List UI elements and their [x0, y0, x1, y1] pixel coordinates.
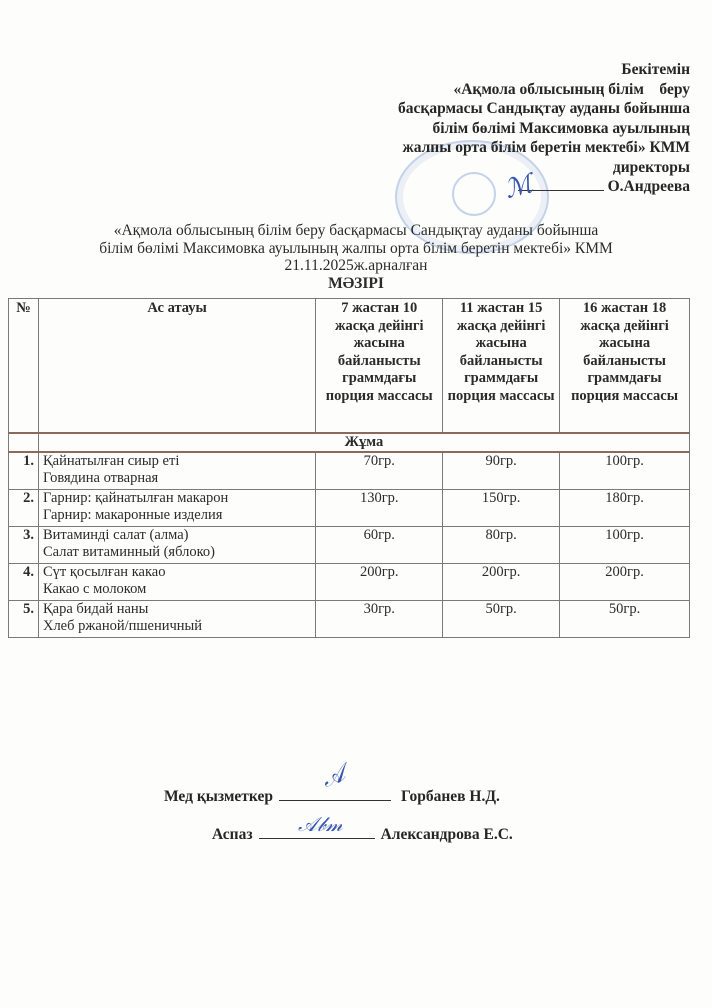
dish-name-ru: Салат витаминный (яблоко)	[43, 544, 311, 562]
approval-line: жалпы орта білім беретін мектебі» КММ	[330, 138, 690, 158]
approval-line: басқармасы Сандықтау ауданы бойынша	[330, 99, 690, 119]
signature-line	[259, 824, 375, 839]
med-name: Горбанев Н.Д.	[401, 788, 500, 805]
row-number: 4.	[9, 563, 39, 600]
date-line: 21.11.2025ж.арналған	[0, 257, 712, 275]
cook-signature-line: АспазАлександрова Е.С.	[212, 824, 513, 844]
approval-line: директоры	[330, 158, 690, 178]
dish-name: Гарнир: қайнатылған макаронГарнир: макар…	[38, 489, 315, 526]
header-name: Ас атауы	[38, 299, 315, 433]
row-number: 3.	[9, 526, 39, 563]
document-title: «Ақмола облысының білім беру басқармасы …	[0, 222, 712, 292]
portion-7-10: 130гр.	[316, 489, 443, 526]
dish-name: Сүт қосылған какаоКакао с молоком	[38, 563, 315, 600]
portion-11-15: 200гр.	[443, 563, 560, 600]
table-row: 2.Гарнир: қайнатылған макаронГарнир: мак…	[9, 489, 690, 526]
portion-7-10: 60гр.	[316, 526, 443, 563]
dish-name-kk: Витаминді салат (алма)	[43, 527, 311, 545]
portion-16-18: 200гр.	[560, 563, 690, 600]
dish-name-kk: Қайнатылған сиыр еті	[43, 453, 311, 471]
dish-name-ru: Говядина отварная	[43, 470, 311, 488]
portion-16-18: 100гр.	[560, 526, 690, 563]
org-line-1: «Ақмола облысының білім беру басқармасы …	[0, 222, 712, 240]
header-no: №	[9, 299, 39, 433]
portion-7-10: 200гр.	[316, 563, 443, 600]
med-signature-line: Мед қызметкерГорбанев Н.Д.	[164, 786, 500, 806]
portion-11-15: 80гр.	[443, 526, 560, 563]
day-label: Жұма	[38, 433, 689, 452]
approval-signer: О.Андреева	[608, 178, 690, 195]
med-role: Мед қызметкер	[164, 788, 273, 805]
portion-16-18: 50гр.	[560, 600, 690, 637]
dish-name-kk: Сүт қосылған какао	[43, 564, 311, 582]
approval-line: Бекітемін	[330, 60, 690, 80]
approval-line: білім бөлімі Максимовка ауылының	[330, 119, 690, 139]
approval-signer-line: О.Андреева	[330, 177, 690, 197]
portion-7-10: 70гр.	[316, 452, 443, 490]
dish-name-kk: Қара бидай наны	[43, 601, 311, 619]
org-line-2: білім бөлімі Максимовка ауылының жалпы о…	[0, 240, 712, 258]
dish-name: Қайнатылған сиыр етіГовядина отварная	[38, 452, 315, 490]
table-row: 4.Сүт қосылған какаоКакао с молоком200гр…	[9, 563, 690, 600]
signature-line	[279, 786, 391, 801]
cook-name: Александрова Е.С.	[381, 826, 513, 843]
portion-7-10: 30гр.	[316, 600, 443, 637]
approval-block: Бекітемін «Ақмола облысының білім беру б…	[330, 60, 690, 197]
dish-name-kk: Гарнир: қайнатылған макарон	[43, 490, 311, 508]
header-age-7-10: 7 жастан 10 жасқа дейінгі жасына байланы…	[316, 299, 443, 433]
dish-name-ru: Хлеб ржаной/пшеничный	[43, 618, 311, 636]
approval-line: «Ақмола облысының білім беру	[330, 80, 690, 100]
dish-name-ru: Гарнир: макаронные изделия	[43, 507, 311, 525]
header-age-16-18: 16 жастан 18 жасқа дейінгі жасына байлан…	[560, 299, 690, 433]
day-row: Жұма	[9, 433, 690, 452]
table-row: 3.Витаминді салат (алма)Салат витаминный…	[9, 526, 690, 563]
dish-name: Қара бидай наныХлеб ржаной/пшеничный	[38, 600, 315, 637]
portion-11-15: 150гр.	[443, 489, 560, 526]
dish-name-ru: Какао с молоком	[43, 581, 311, 599]
table-row: 1.Қайнатылған сиыр етіГовядина отварная7…	[9, 452, 690, 490]
table-header-row: № Ас атауы 7 жастан 10 жасқа дейінгі жас…	[9, 299, 690, 433]
portion-16-18: 180гр.	[560, 489, 690, 526]
menu-table: № Ас атауы 7 жастан 10 жасқа дейінгі жас…	[8, 298, 690, 638]
portion-11-15: 50гр.	[443, 600, 560, 637]
table-row: 5.Қара бидай наныХлеб ржаной/пшеничный30…	[9, 600, 690, 637]
cook-role: Аспаз	[212, 826, 253, 843]
row-number: 2.	[9, 489, 39, 526]
dish-name: Витаминді салат (алма)Салат витаминный (…	[38, 526, 315, 563]
signature-line	[518, 177, 604, 191]
day-row-empty	[9, 433, 39, 452]
menu-title: МӘЗІРІ	[0, 275, 712, 293]
header-age-11-15: 11 жастан 15 жасқа дейінгі жасына байлан…	[443, 299, 560, 433]
row-number: 5.	[9, 600, 39, 637]
portion-16-18: 100гр.	[560, 452, 690, 490]
portion-11-15: 90гр.	[443, 452, 560, 490]
row-number: 1.	[9, 452, 39, 490]
